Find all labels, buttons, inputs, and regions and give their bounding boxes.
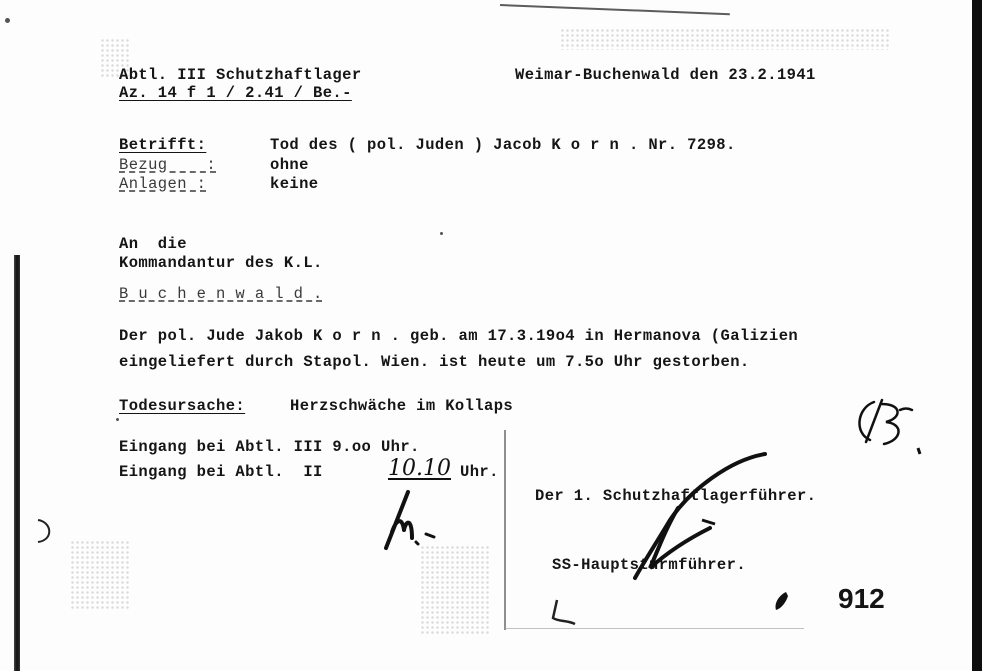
scan-speck: [440, 232, 443, 235]
handwritten-receipt-time: 10.10: [388, 456, 451, 481]
place-and-date: Weimar-Buchenwald den 23.2.1941: [515, 66, 816, 84]
body-line-1: Der pol. Jude Jakob K o r n . geb. am 17…: [119, 327, 798, 345]
reference-number: Az. 14 f 1 / 2.41 / Be.-: [119, 84, 352, 102]
scan-speck: [5, 18, 10, 23]
ink-blot: [772, 590, 792, 612]
scan-noise: [420, 545, 490, 635]
handwritten-mark: [545, 598, 585, 628]
scan-curve-mark: [34, 518, 58, 546]
subject-label: Betrifft:: [119, 136, 206, 154]
addressee-line-3: B u c h e n w a l d .: [119, 285, 323, 303]
attachments-label: Anlagen :: [119, 175, 206, 193]
cause-value: Herzschwäche im Kollaps: [290, 397, 513, 415]
addressee-line-1: An die: [119, 235, 187, 253]
handwritten-initials-ah: [378, 490, 448, 550]
body-line-2: eingeliefert durch Stapol. Wien. ist heu…: [119, 353, 750, 371]
scan-noise: [560, 28, 890, 50]
reference-value: ohne: [270, 156, 309, 174]
cause-label: Todesursache:: [119, 397, 245, 415]
reference-label: Bezug :: [119, 156, 216, 174]
department-heading: Abtl. III Schutzhaftlager: [119, 66, 362, 84]
subject-value: Tod des ( pol. Juden ) Jacob K o r n . N…: [270, 136, 736, 154]
handwritten-signature: [620, 450, 790, 590]
handwritten-initials-br: [852, 398, 932, 458]
receipt-line-2-suffix: Uhr.: [460, 463, 499, 481]
archive-number: 912: [838, 583, 885, 615]
paper-fold-line: [504, 430, 506, 630]
paper-fold-line-horizontal: [504, 628, 804, 629]
addressee-line-2: Kommandantur des K.L.: [119, 254, 323, 272]
scan-edge-left: [14, 255, 20, 671]
attachments-value: keine: [270, 175, 319, 193]
scan-edge-right: [972, 0, 982, 671]
receipt-line-2-prefix: Eingang bei Abtl. II: [119, 463, 323, 481]
scan-noise: [70, 540, 130, 610]
receipt-line-1: Eingang bei Abtl. III 9.oo Uhr.: [119, 438, 420, 456]
scan-speck: [116, 418, 119, 421]
scanned-document-page: Abtl. III Schutzhaftlager Az. 14 f 1 / 2…: [0, 0, 982, 671]
scan-artifact-stroke: [500, 4, 730, 15]
